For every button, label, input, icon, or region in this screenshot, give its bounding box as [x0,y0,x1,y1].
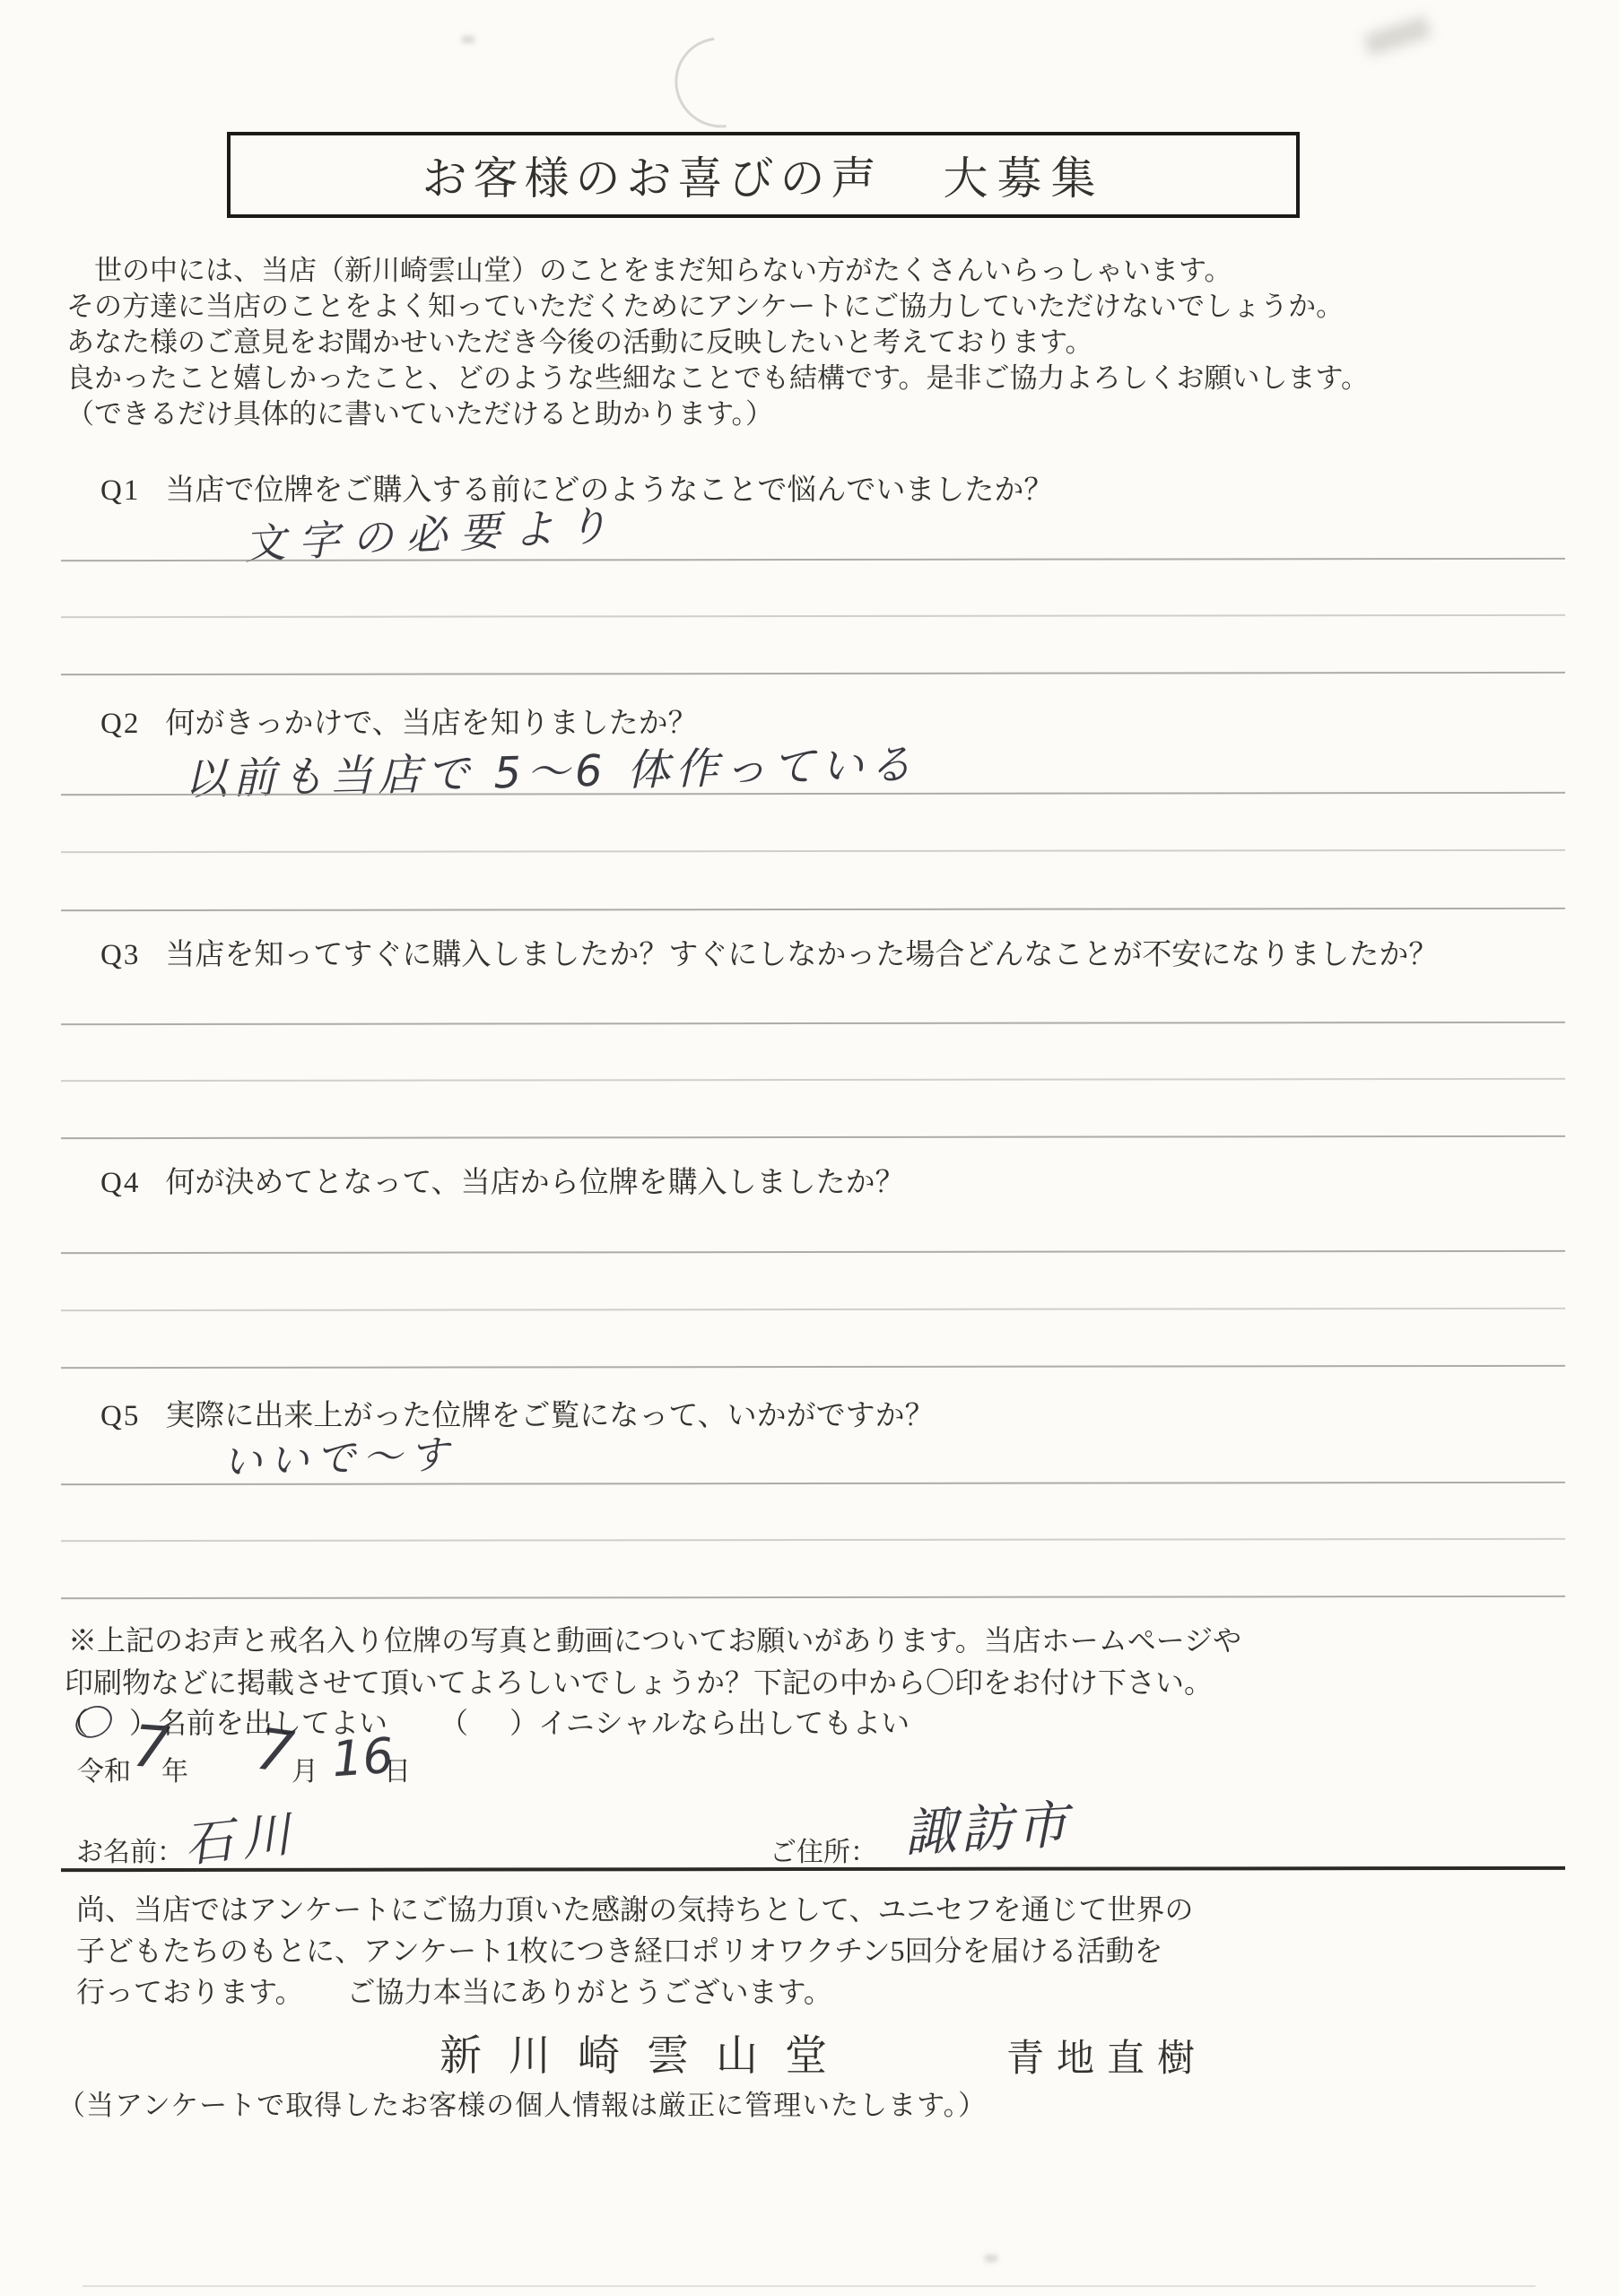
signature-underline [61,1866,1565,1872]
date-era-label: 令和 [77,1749,131,1788]
answer-ruled-line [61,1308,1565,1311]
answer-ruled-line [61,1135,1565,1139]
privacy-note: （当アンケートで取得したお客様の個人情報は厳正に管理いたします。） [57,2083,987,2123]
answer-ruled-line [61,1538,1565,1542]
scan-edge-line [83,2285,1536,2287]
title-box: お客様のお喜びの声 大募集 [227,132,1300,218]
date-month-suffix: 月 [292,1749,318,1788]
page-title: お客様のお喜びの声 [422,143,883,207]
permission-note-line-1: ※上記のお声と戒名入り位牌の写真と動画についてお願いがあります。当店ホームページ… [68,1618,1241,1659]
address-field-label: ご住所： [770,1830,877,1869]
intro-line-3: あなた様のご意見をお聞かせいただき今後の活動に反映したいと考えております。 [66,325,1369,361]
answer-ruled-line [61,1078,1565,1082]
question-q1-label: Q1 [100,474,140,508]
intro-line-1: 世の中には、当店（新川崎雲山堂）のことをまだ知らない方がたくさんいらっしゃいます… [66,253,1369,289]
answer-ruled-line [61,908,1565,911]
publish-options-row: （）名前を出してよい（）イニシャルなら出してもよい [59,1700,910,1742]
publish-option-initial-label: イニシャルなら出してもよい [538,1707,910,1739]
footer-line-2: 子どもたちのもとに、アンケート1枚につき経口ポリオワクチン5回分を届ける活動を [76,1928,1163,1970]
scan-artifact-speck [462,36,474,43]
question-q3: Q3当店を知ってすぐに購入しましたか？すぐにしなかった場合どんなことが不安になり… [100,931,1438,973]
answer-ruled-line [61,849,1565,853]
question-q4-text: 何が決めてとなって、当店から位牌を購入しましたか？ [165,1167,904,1199]
date-year-suffix: 年 [161,1749,188,1788]
page-title-sub: 大募集 [944,143,1105,207]
answer-ruled-line [61,614,1565,618]
intro-paragraph: 世の中には、当店（新川崎雲山堂）のことをまだ知らない方がたくさんいらっしゃいます… [66,253,1369,432]
owner-name: 青地直樹 [1006,2029,1207,2083]
question-q4: Q4何が決めてとなって、当店から位牌を購入しましたか？ [100,1159,905,1201]
scanned-survey-page: お客様のお喜びの声 大募集 世の中には、当店（新川崎雲山堂）のことをまだ知らない… [0,0,1619,2296]
handwritten-address-value: 諏訪市 [902,1782,1073,1866]
question-q4-label: Q4 [100,1167,140,1200]
scan-artifact-smudge [1363,15,1432,56]
date-day-suffix: 日 [384,1749,411,1788]
question-q3-label: Q3 [100,939,140,972]
answer-ruled-line [61,1596,1565,1599]
intro-line-4: 良かったこと嬉しかったこと、どのような些細なことでも結構です。是非ご協力よろしく… [66,361,1369,396]
paren-open: （ [440,1707,468,1739]
answer-ruled-line [61,1022,1565,1025]
question-q2-label: Q2 [100,708,140,741]
footer-line-1: 尚、当店ではアンケートにご協力頂いた感謝の気持ちとして、ユニセフを通じて世界の [76,1887,1193,1928]
answer-ruled-line [61,1250,1565,1254]
name-field-label: お名前： [76,1830,184,1869]
question-q5-label: Q5 [100,1400,140,1433]
question-q5: Q5実際に出来上がった位牌をご覧になって、いかがですか？ [100,1392,935,1434]
paren-close: ） [509,1707,538,1739]
permission-note-line-2: 印刷物などに掲載させて頂いてよろしいでしょうか？下記の中から〇印をお付け下さい。 [65,1660,1213,1701]
scan-artifact-arc [657,19,784,146]
answer-ruled-line [61,672,1565,675]
answer-ruled-line [61,1365,1565,1369]
intro-line-5: （できるだけ具体的に書いていただけると助かります。） [66,396,1369,432]
intro-line-2: その方達に当店のことをよく知っていただくためにアンケートにご協力していただけない… [66,289,1369,325]
question-q3-text: 当店を知ってすぐに購入しましたか？すぐにしなかった場合どんなことが不安になりまし… [165,939,1438,971]
handwritten-name-value: 石川 [180,1796,301,1876]
shop-name: 新川崎雲山堂 [440,2022,854,2083]
footer-line-3: 行っております。 ご協力本当にありがとうございます。 [76,1970,832,2011]
scan-artifact-speck [985,2255,997,2262]
handwritten-answer-q5: いいで～す [222,1422,457,1487]
